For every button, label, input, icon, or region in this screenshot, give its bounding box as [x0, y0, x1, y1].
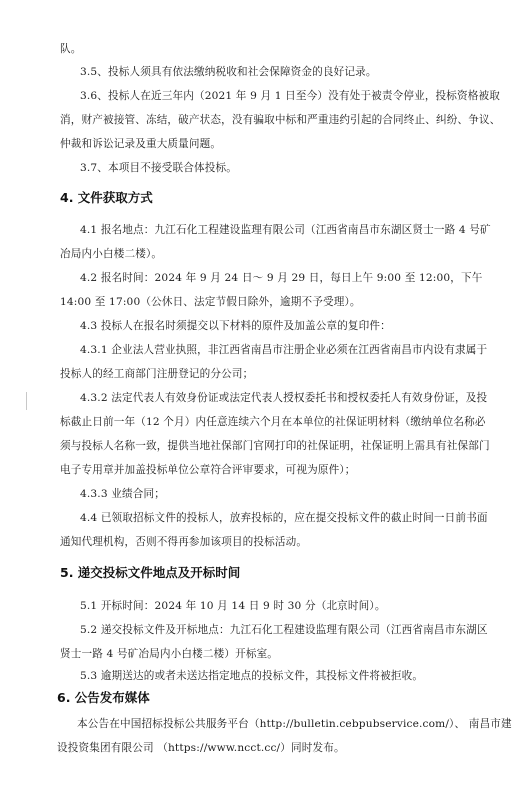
clause-3-7: 3.7、本项目不接受联合体投标。	[80, 161, 237, 175]
clause-3-6: 3.6、投标人在近三年内（2021 年 9 月 1 日至今）没有处于被责令停业，…	[80, 89, 500, 103]
clause-4-3-1: 4.3.1 企业法人营业执照，非江西省南昌市注册企业必须在江西省南昌市内设有隶属…	[80, 343, 487, 357]
section-heading: 4. 文件获取方式	[60, 190, 153, 206]
paragraph-line: 通知代理机构，否则不得再参加该项目的投标活动。	[60, 535, 307, 549]
paragraph-line: 投标人的经工商部门注册登记的分公司；	[60, 367, 253, 381]
section-heading: 5. 递交投标文件地点及开标时间	[60, 565, 240, 581]
paragraph-line: 仲裁和诉讼记录及重大质量问题。	[60, 137, 221, 151]
clause-4-4: 4.4 已领取招标文件的投标人，放弃投标的，应在提交投标文件的截止时间一日前书面	[80, 511, 488, 525]
paragraph-line: 贤士一路 4 号矿冶局内小白楼二楼）开标室。	[60, 647, 278, 661]
clause-5-2: 5.2 递交投标文件及开标地点：九江石化工程建设监理有限公司（江西省南昌市东湖区	[80, 623, 488, 637]
paragraph-line: 设投资集团有限公司 （https://www.ncct.cc/）同时发布。	[57, 741, 345, 755]
paragraph-line: 冶局内小白楼二楼）。	[60, 247, 162, 261]
paragraph-line: 标截止日前一年（12 个月）内任意连续六个月在本单位的社保证明材料（缴纳单位名称…	[60, 415, 486, 429]
scan-artifact	[26, 392, 27, 410]
clause-4-3: 4.3 投标人在报名时须提交以下材料的原件及加盖公章的复印件：	[80, 319, 391, 333]
paragraph-line: 14:00 至 17:00（公休日、法定节假日除外，逾期不予受理）。	[60, 295, 361, 309]
clause-3-5: 3.5、投标人须具有依法缴纳税收和社会保障资金的良好记录。	[80, 65, 377, 79]
clause-4-3-2: 4.3.2 法定代表人有效身份证或法定代表人授权委托书和授权委托人有效身份证，及…	[80, 391, 487, 405]
section-heading: 6. 公告发布媒体	[57, 690, 150, 706]
clause-4-1: 4.1 报名地点：九江石化工程建设监理有限公司（江西省南昌市东湖区贤士一路 4 …	[80, 223, 491, 237]
clause-4-3-3: 4.3.3 业绩合同；	[80, 487, 165, 501]
document-page: 队。 3.5、投标人须具有依法缴纳税收和社会保障资金的良好记录。 3.6、投标人…	[0, 0, 532, 795]
clause-5-1: 5.1 开标时间：2024 年 10 月 14 日 9 时 30 分（北京时间）…	[80, 599, 386, 613]
paragraph-line: 须与投标人名称一致，提供当地社保部门官网打印的社保证明，社保证明上需具有社保部门	[60, 439, 490, 453]
clause-5-3: 5.3 逾期送达的或者未送达指定地点的投标文件，其投标文件将被拒收。	[80, 669, 423, 683]
announcement-media-text: 本公告在中国招标投标公共服务平台（http://bulletin.cebpubs…	[77, 717, 512, 731]
paragraph-line: 消，财产被接管、冻结，破产状态，没有骗取中标和严重违约引起的合同终止、纠纷、争议…	[60, 113, 501, 127]
paragraph-line: 队。	[60, 42, 82, 56]
clause-4-2: 4.2 报名时间：2024 年 9 月 24 日～ 9 月 29 日，每日上午 …	[80, 271, 482, 285]
paragraph-line: 电子专用章并加盖投标单位公章符合评审要求，可视为原件）；	[60, 463, 356, 477]
